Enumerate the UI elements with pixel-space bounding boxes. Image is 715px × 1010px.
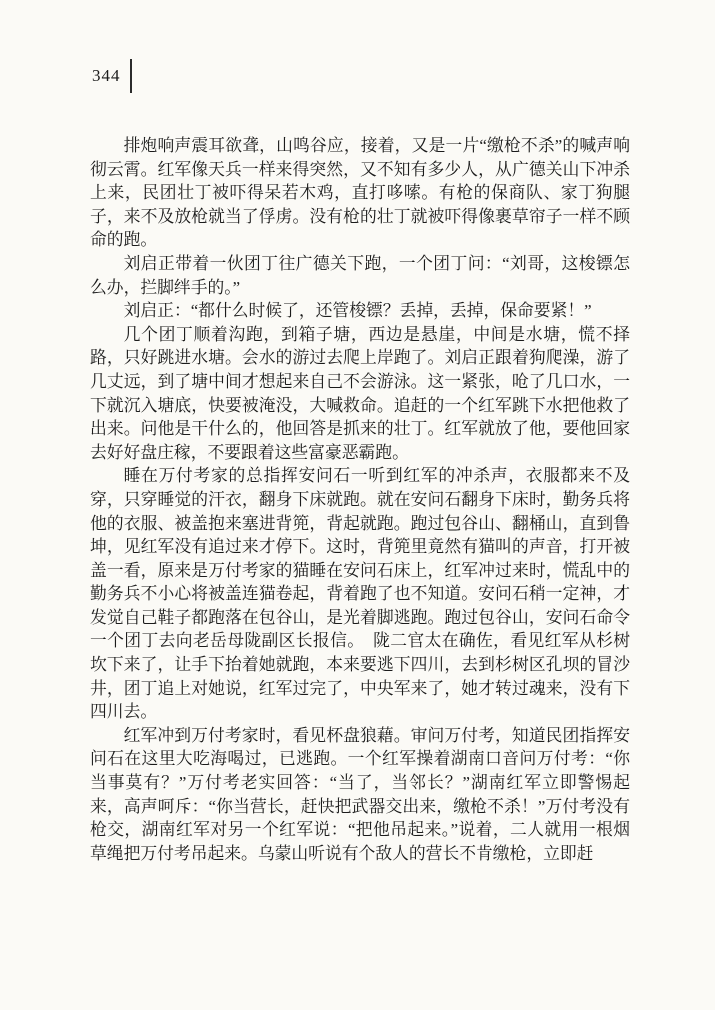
paragraph: 刘启正带着一伙团丁往广德关下跑，一个团丁问：“刘哥，这梭镖怎么办，拦脚绊手的。”	[90, 252, 630, 299]
page-number: 344	[92, 58, 121, 94]
paragraph: 刘启正：“都什么时候了，还管梭镖？丢掉，丢掉，保命要紧！”	[90, 299, 630, 323]
paragraph: 几个团丁顺着沟跑，到箱子塘，西边是悬崖，中间是水塘，慌不择路，只好跳进水塘。会水…	[90, 323, 630, 465]
paragraph: 红军冲到万付考家时，看见杯盘狼藉。审问万付考，知道民团指挥安问石在这里大吃海喝过…	[90, 724, 630, 866]
page-header: 344	[92, 58, 132, 94]
page-number-divider	[130, 59, 132, 93]
paragraph: 睡在万付考家的总指挥安问石一听到红军的冲杀声，衣服都来不及穿，只穿睡觉的汗衣，翻…	[90, 464, 630, 724]
paragraph: 排炮响声震耳欲聋，山鸣谷应，接着，又是一片“缴枪不杀”的喊声响彻云霄。红军像天兵…	[90, 134, 630, 252]
book-page: 344 排炮响声震耳欲聋，山鸣谷应，接着，又是一片“缴枪不杀”的喊声响彻云霄。红…	[0, 0, 715, 1010]
body-text: 排炮响声震耳欲聋，山鸣谷应，接着，又是一片“缴枪不杀”的喊声响彻云霄。红军像天兵…	[90, 134, 630, 865]
